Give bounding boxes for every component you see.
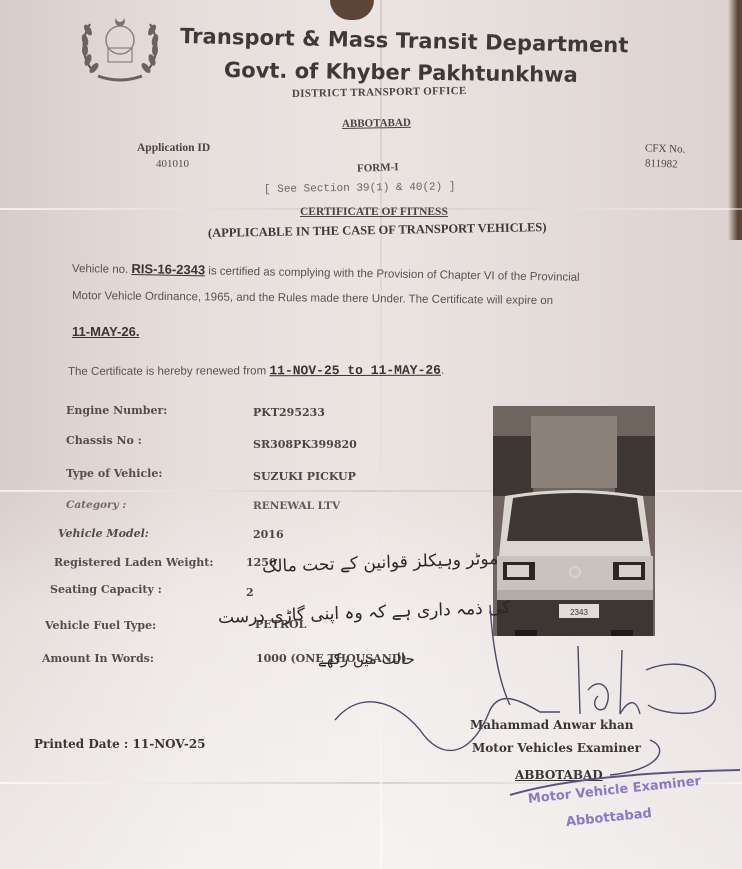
renewal-period: 11-NOV-25 to 11-MAY-26 xyxy=(269,363,441,379)
seating-capacity-label: Seating Capacity : xyxy=(50,583,162,596)
renewal-label: The Certificate is hereby renewed from xyxy=(68,365,266,378)
seating-capacity-value: 2 xyxy=(246,586,254,599)
fuel-type-label: Vehicle Fuel Type: xyxy=(45,619,156,632)
application-id-value: 401010 xyxy=(156,158,189,170)
urdu-handwritten-line3: حالت میں رکھے xyxy=(318,650,415,668)
expiry-date-value: 11-MAY-26. xyxy=(72,324,139,339)
svg-text:2343: 2343 xyxy=(570,608,588,617)
application-id-label: Application ID xyxy=(137,142,210,154)
signatory-title: Motor Vehicles Examiner xyxy=(472,741,641,755)
category-label: Category : xyxy=(66,499,126,511)
vehicle-model-value: 2016 xyxy=(253,528,284,541)
certificate-title: CERTIFICATE OF FITNESS xyxy=(300,206,448,218)
vehicle-model-label: Vehicle Model: xyxy=(58,527,149,540)
vehicle-type-label: Type of Vehicle: xyxy=(66,467,162,480)
cfx-number-label: CFX No. xyxy=(645,142,686,155)
cfx-number-value: 811982 xyxy=(645,157,678,170)
category-value: RENEWAL LTV xyxy=(253,500,340,512)
government-title: Govt. of Khyber Pakhtunkhwa xyxy=(224,58,578,87)
chassis-no-value: SR308PK399820 xyxy=(253,438,357,451)
paper-edge-shadow xyxy=(728,0,742,240)
amount-in-words-label: Amount In Words: xyxy=(42,652,154,665)
signatory-city: ABBOTABAD xyxy=(515,768,603,782)
kpk-emblem-icon xyxy=(76,10,164,82)
fold-line xyxy=(380,0,382,869)
renewal-statement: The Certificate is hereby renewed from 1… xyxy=(68,363,444,379)
signatory-name: Mahammad Anwar khan xyxy=(470,718,633,732)
expiry-date: 11-MAY-26. xyxy=(72,324,139,339)
engine-number-label: Engine Number: xyxy=(66,404,167,417)
laden-weight-label: Registered Laden Weight: xyxy=(54,556,213,569)
pickup-truck-image: 2343 xyxy=(493,406,655,636)
vehicle-no-label: Vehicle no. xyxy=(72,263,128,276)
chassis-no-label: Chassis No : xyxy=(66,434,142,447)
form-number: FORM-I xyxy=(357,161,399,174)
vehicle-type-value: SUZUKI PICKUP xyxy=(253,470,356,483)
engine-number-value: PKT295233 xyxy=(253,406,325,419)
printed-date: Printed Date : 11-NOV-25 xyxy=(34,737,206,751)
vehicle-photo: 2343 xyxy=(493,406,655,636)
office-city: ABBOTABAD xyxy=(342,117,411,130)
renewal-period-end: . xyxy=(441,365,444,377)
vehicle-registration-number: RIS-16-2343 xyxy=(131,261,205,277)
